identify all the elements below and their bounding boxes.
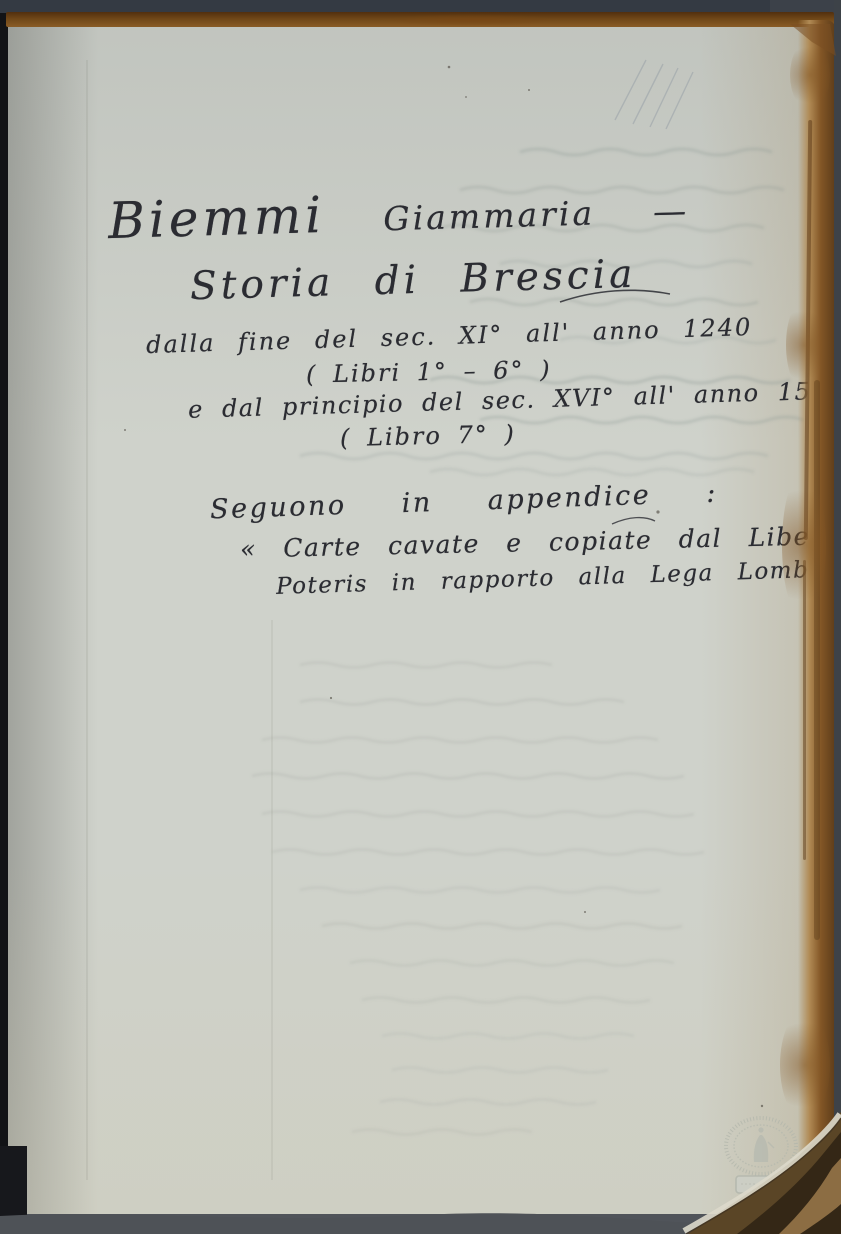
paper-crease: [271, 620, 273, 1180]
paper-crease: [86, 60, 88, 1180]
books-range-line: ( Libri 1° – 6° ): [306, 355, 552, 388]
fore-edge-streak: [814, 380, 820, 940]
photo-background-right: [834, 0, 841, 1234]
foxing-stain: [786, 300, 822, 390]
author-dash: —: [653, 191, 687, 231]
photo-background-corner: [0, 1146, 27, 1234]
foxing-stain: [790, 40, 830, 110]
foxing-stain: [780, 1010, 830, 1120]
author-given-name: Giammaria: [383, 193, 596, 238]
manuscript-photo: Biemmi Giammaria — Storia di Brescia dal…: [0, 0, 841, 1234]
author-surname: Biemmi: [107, 186, 326, 250]
foxing-stain: [782, 470, 826, 620]
book-seven-line: ( Libro 7° ): [340, 420, 516, 452]
top-edge-stain: [380, 14, 560, 26]
